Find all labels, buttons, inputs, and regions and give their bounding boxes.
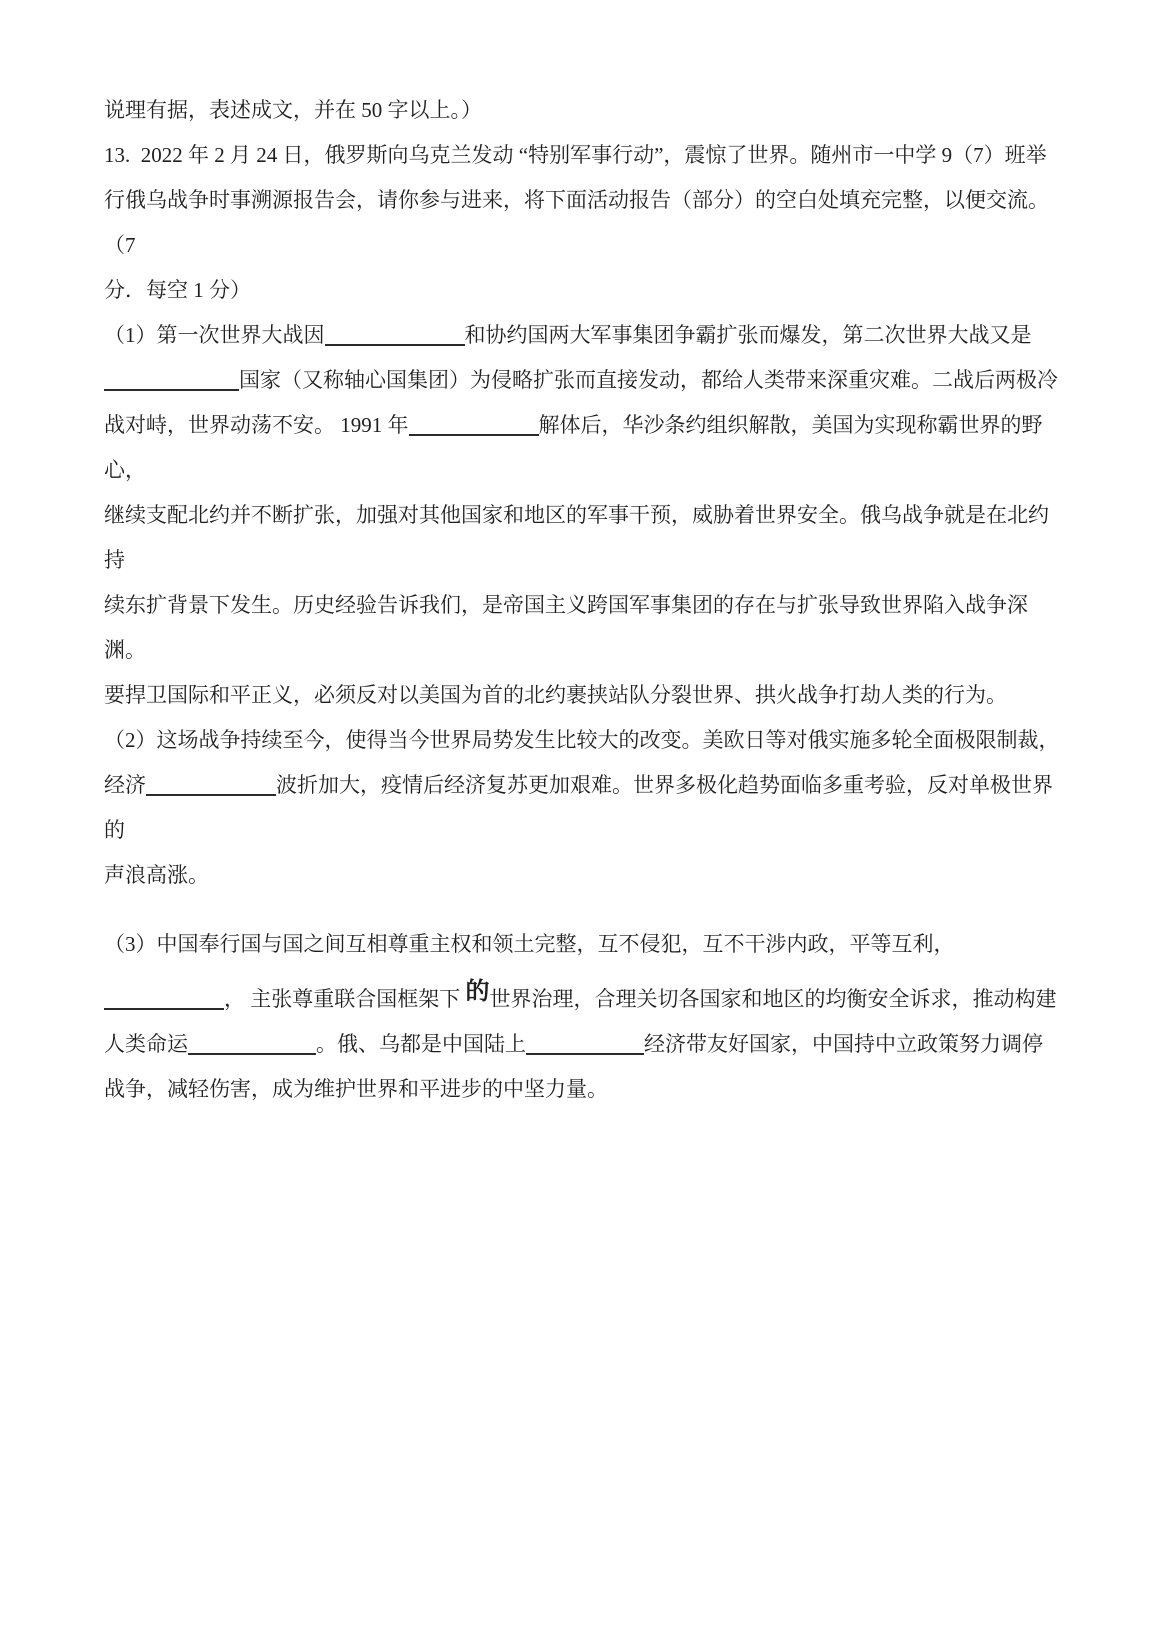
text-run: 经济带友好国家，中国持中立政策努力调停	[644, 1032, 1043, 1056]
text-line: 声浪高涨。	[104, 853, 1066, 898]
text-run: 经济	[104, 773, 146, 797]
text-line: （2）这场战争持续至今，使得当今世界局势发生比较大的改变。美欧日等对俄实施多轮全…	[104, 718, 1066, 763]
fill-in-blank	[188, 1033, 316, 1055]
text-line: 战争，减轻伤害，成为维护世界和平进步的中坚力量。	[104, 1067, 1066, 1112]
fill-in-blank	[104, 369, 239, 391]
text-line: 说理有据，表述成文，并在 50 字以上。）	[104, 88, 1066, 133]
text-run: 13. 2022 年 2 月 24 日，俄罗斯向乌克兰发动 “特别军事行动”，震…	[104, 143, 1047, 167]
fill-in-blank	[409, 414, 539, 436]
document-page: 说理有据，表述成文，并在 50 字以上。）13. 2022 年 2 月 24 日…	[0, 0, 1158, 1638]
text-line: 国家（又称轴心国集团）为侵略扩张而直接发动，都给人类带来深重灾难。二战后两极冷	[104, 358, 1066, 403]
text-run: 。俄、乌都是中国陆上	[316, 1032, 526, 1056]
fill-in-blank	[104, 988, 224, 1010]
text-run: 续东扩背景下发生。历史经验告诉我们，是帝国主义跨国军事集团的存在与扩张导致世界陷…	[104, 593, 1028, 662]
text-run: 人类命运	[104, 1032, 188, 1056]
text-line: ， 主张尊重联合国框架下 的世界治理，合理关切各国家和地区的均衡安全诉求，推动构…	[104, 977, 1066, 1022]
text-run: 战争，减轻伤害，成为维护世界和平进步的中坚力量。	[104, 1077, 608, 1101]
text-run: ， 主张尊重联合国框架下	[224, 987, 466, 1011]
text-run: 世界治理，合理关切各国家和地区的均衡安全诉求，推动构建	[490, 987, 1057, 1011]
text-run: 说理有据，表述成文，并在 50 字以上。）	[104, 98, 482, 122]
paragraph: （1）第一次世界大战因和协约国两大军事集团争霸扩张而爆发，第二次世界大战又是国家…	[104, 313, 1066, 718]
text-line: 人类命运。俄、乌都是中国陆上经济带友好国家，中国持中立政策努力调停	[104, 1022, 1066, 1067]
text-run: 声浪高涨。	[104, 863, 209, 887]
paragraph: （2）这场战争持续至今，使得当今世界局势发生比较大的改变。美欧日等对俄实施多轮全…	[104, 718, 1066, 898]
text-line: 继续支配北约并不断扩张，加强对其他国家和地区的军事干预，威胁着世界安全。俄乌战争…	[104, 493, 1066, 583]
fill-in-blank	[325, 324, 465, 346]
text-line: 战对峙，世界动荡不安。 1991 年解体后，华沙条约组织解散，美国为实现称霸世界…	[104, 403, 1066, 493]
document-body: 说理有据，表述成文，并在 50 字以上。）13. 2022 年 2 月 24 日…	[104, 88, 1066, 1112]
fill-in-blank	[146, 774, 276, 796]
text-line: （1）第一次世界大战因和协约国两大军事集团争霸扩张而爆发，第二次世界大战又是	[104, 313, 1066, 358]
text-run: 继续支配北约并不断扩张，加强对其他国家和地区的军事干预，威胁着世界安全。俄乌战争…	[104, 503, 1049, 572]
text-line: 要捍卫国际和平正义，必须反对以美国为首的北约裹挟站队分裂世界、拱火战争打劫人类的…	[104, 673, 1066, 718]
text-run: （3）中国奉行国与国之间互相尊重主权和领土完整，互不侵犯，互不干涉内政，平等互利…	[104, 932, 955, 956]
text-run: （2）这场战争持续至今，使得当今世界局势发生比较大的改变。美欧日等对俄实施多轮全…	[104, 728, 1060, 752]
paragraph: （3）中国奉行国与国之间互相尊重主权和领土完整，互不侵犯，互不干涉内政，平等互利…	[104, 922, 1066, 1112]
text-line: 13. 2022 年 2 月 24 日，俄罗斯向乌克兰发动 “特别军事行动”，震…	[104, 133, 1066, 178]
text-run: 分．每空 1 分）	[104, 278, 251, 302]
text-run: 和协约国两大军事集团争霸扩张而爆发，第二次世界大战又是	[465, 323, 1032, 347]
text-line: 续东扩背景下发生。历史经验告诉我们，是帝国主义跨国军事集团的存在与扩张导致世界陷…	[104, 583, 1066, 673]
text-run: 要捍卫国际和平正义，必须反对以美国为首的北约裹挟站队分裂世界、拱火战争打劫人类的…	[104, 683, 1007, 707]
text-run: 战对峙，世界动荡不安。 1991 年	[104, 413, 409, 437]
paragraph: 说理有据，表述成文，并在 50 字以上。）	[104, 88, 1066, 133]
text-line: 经济波折加大，疫情后经济复苏更加艰难。世界多极化趋势面临多重考验，反对单极世界的	[104, 763, 1066, 853]
paragraph: 13. 2022 年 2 月 24 日，俄罗斯向乌克兰发动 “特别军事行动”，震…	[104, 133, 1066, 313]
text-run: 行俄乌战争时事溯源报告会，请你参与进来，将下面活动报告（部分）的空白处填充完整，…	[104, 188, 1060, 257]
text-line: 行俄乌战争时事溯源报告会，请你参与进来，将下面活动报告（部分）的空白处填充完整，…	[104, 178, 1066, 268]
text-run: （1）第一次世界大战因	[104, 323, 325, 347]
fill-in-blank	[526, 1033, 644, 1055]
text-line: （3）中国奉行国与国之间互相尊重主权和领土完整，互不侵犯，互不干涉内政，平等互利…	[104, 922, 1066, 967]
text-run: 国家（又称轴心国集团）为侵略扩张而直接发动，都给人类带来深重灾难。二战后两极冷	[239, 368, 1058, 392]
text-line: 分．每空 1 分）	[104, 268, 1066, 313]
bold-char: 的	[466, 979, 490, 1005]
